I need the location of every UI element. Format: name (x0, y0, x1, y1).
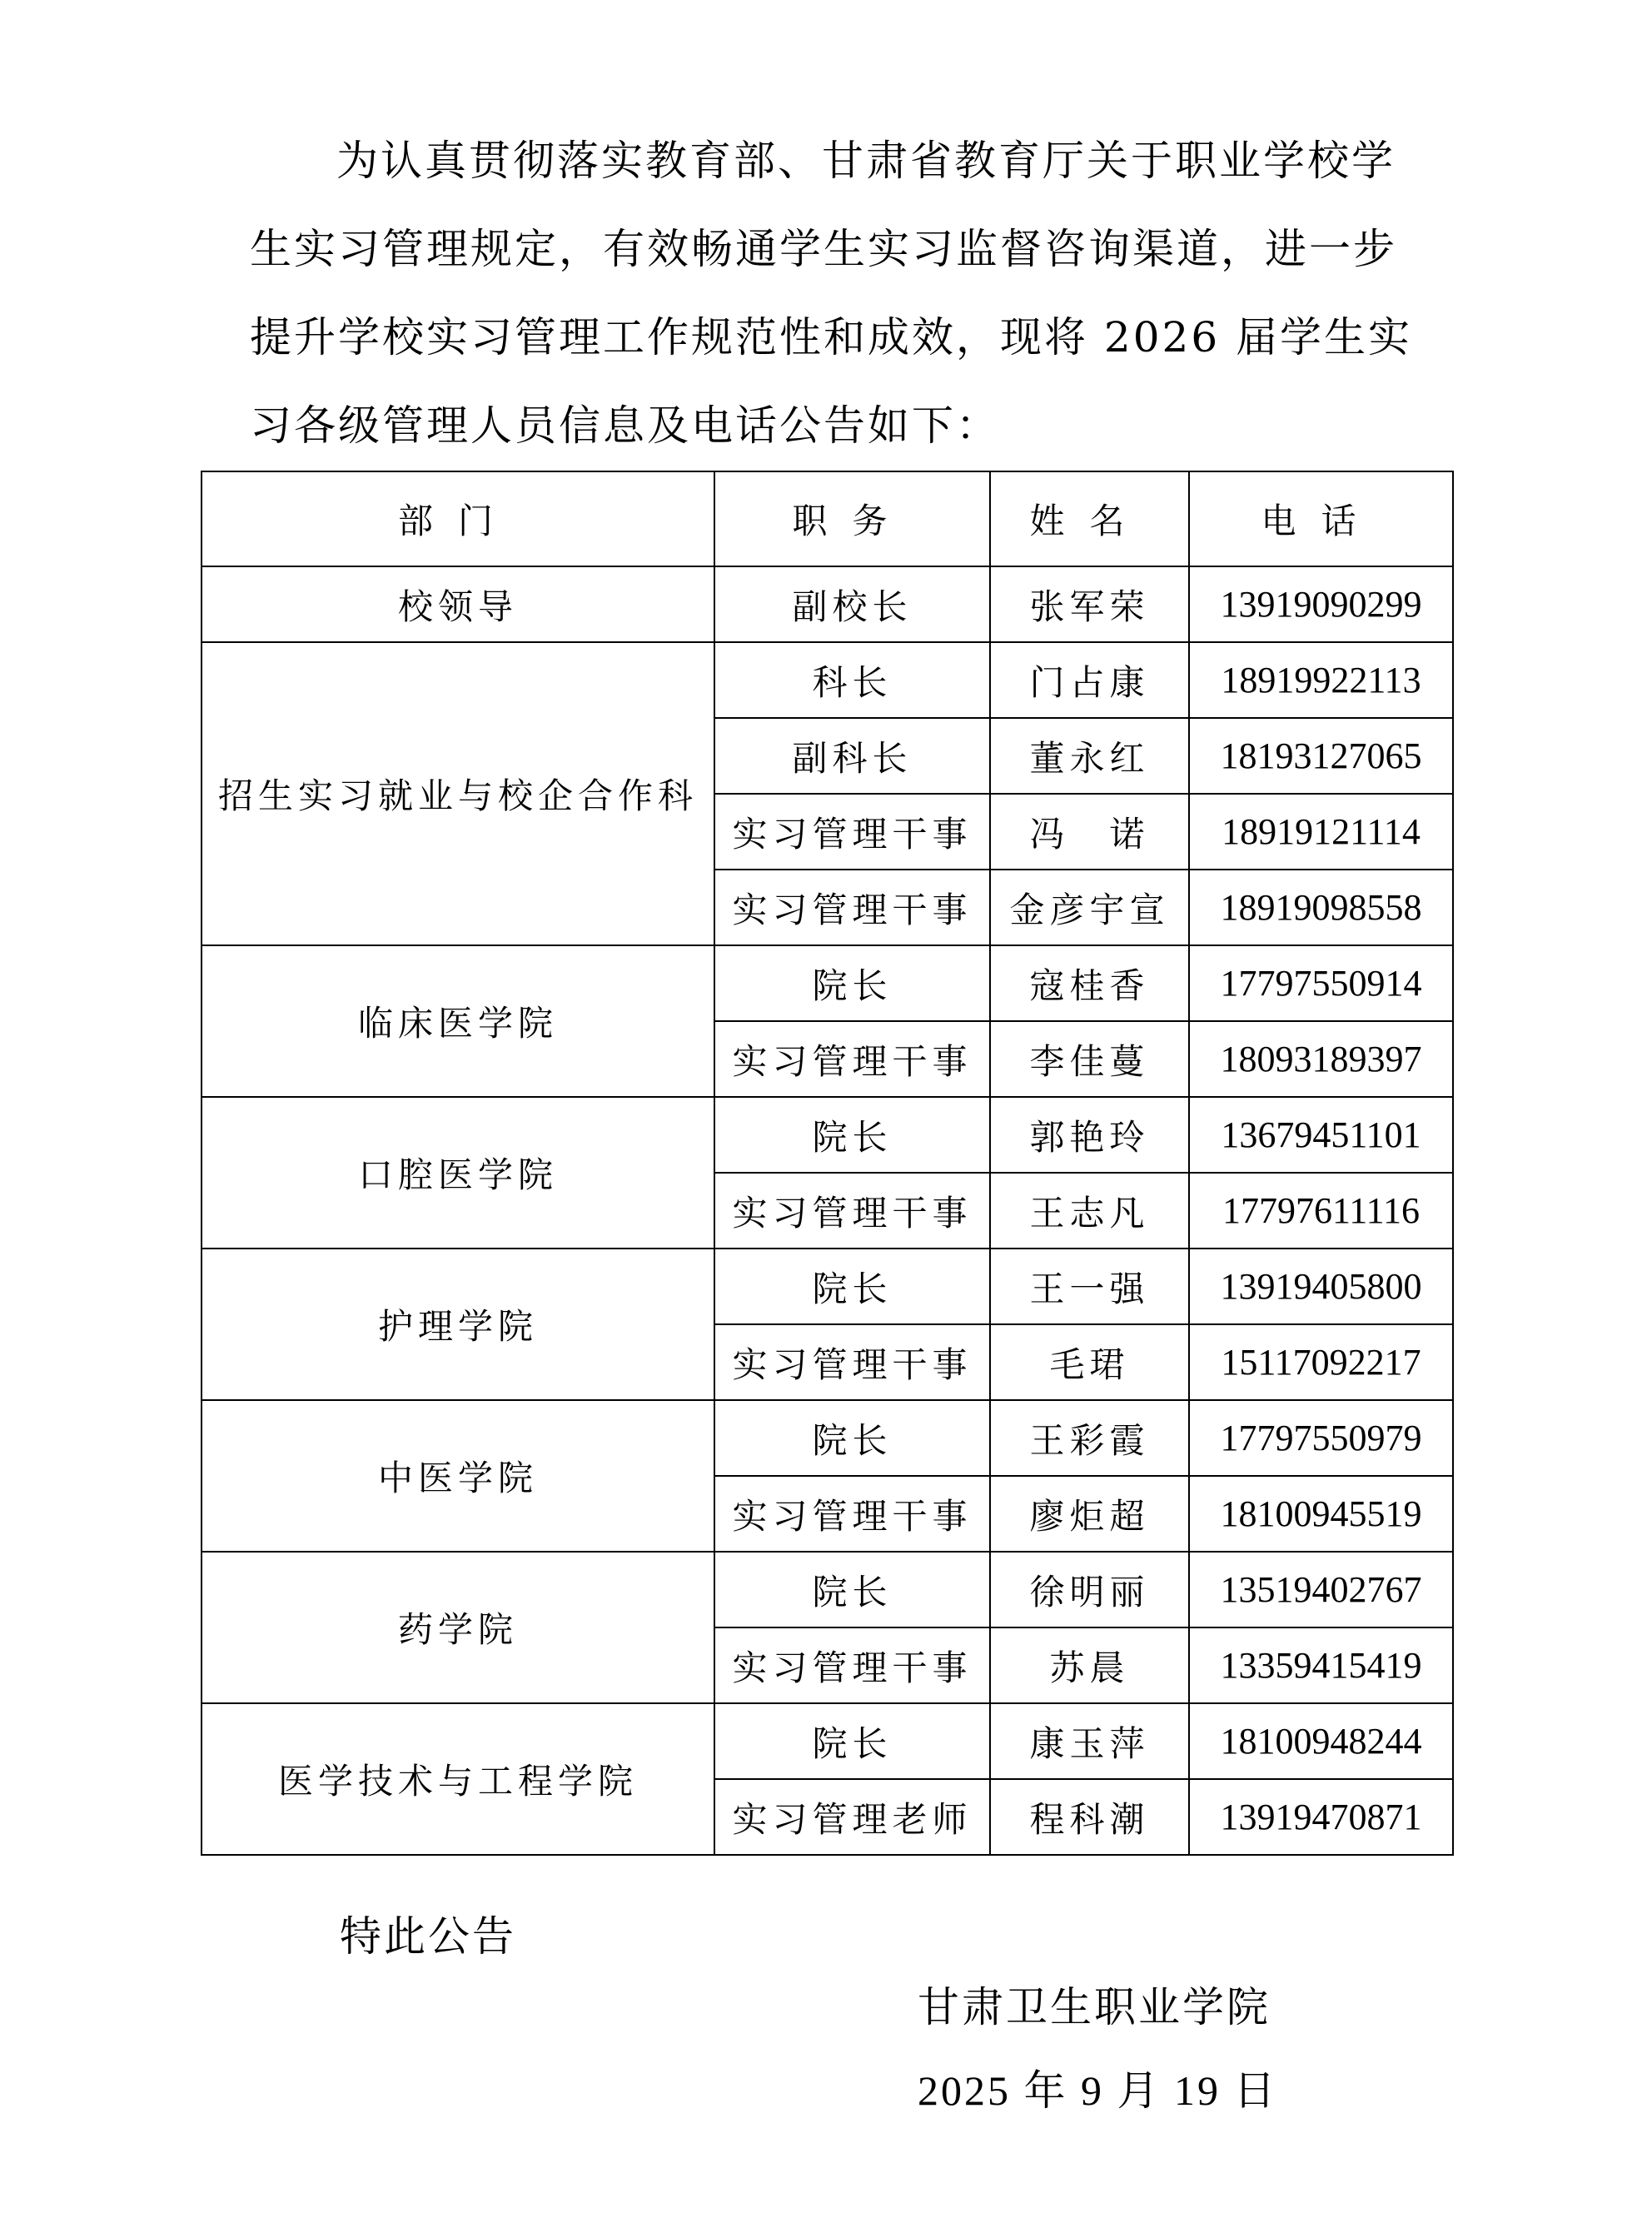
closing-remark: 特此公告 (340, 1903, 516, 1963)
name-cell: 王彩霞 (990, 1400, 1189, 1476)
phone-cell: 17797611116 (1189, 1173, 1453, 1249)
dept-cell: 临床医学院 (202, 945, 714, 1097)
header-name: 姓名 (990, 471, 1189, 566)
phone-cell: 18093189397 (1189, 1021, 1453, 1097)
role-cell: 院长 (714, 1552, 990, 1627)
header-role: 职务 (714, 471, 990, 566)
name-cell: 徐明丽 (990, 1552, 1189, 1627)
signature-date: 2025 年 9 月 19 日 (918, 2057, 1278, 2117)
name-cell: 门占康 (990, 642, 1189, 718)
name-cell: 寇桂香 (990, 945, 1189, 1021)
role-cell: 副科长 (714, 718, 990, 794)
name-cell: 毛珺 (990, 1324, 1189, 1400)
phone-cell: 13679451101 (1189, 1097, 1453, 1173)
name-cell: 金彦宇宣 (990, 870, 1189, 945)
role-cell: 实习管理干事 (714, 1173, 990, 1249)
role-cell: 实习管理干事 (714, 1324, 990, 1400)
dept-cell: 药学院 (202, 1552, 714, 1703)
table-row: 中医学院 院长 王彩霞 17797550979 (202, 1400, 1453, 1476)
table-header-row: 部门 职务 姓名 电话 (202, 471, 1453, 566)
name-cell: 康玉萍 (990, 1703, 1189, 1779)
name-cell: 王一强 (990, 1249, 1189, 1324)
dept-cell: 招生实习就业与校企合作科 (202, 642, 714, 945)
table-row: 医学技术与工程学院 院长 康玉萍 18100948244 (202, 1703, 1453, 1779)
role-cell: 实习管理干事 (714, 1021, 990, 1097)
phone-cell: 15117092217 (1189, 1324, 1453, 1400)
role-cell: 实习管理干事 (714, 1476, 990, 1552)
name-cell: 李佳蔓 (990, 1021, 1189, 1097)
header-dept: 部门 (202, 471, 714, 566)
role-cell: 院长 (714, 1249, 990, 1324)
name-cell: 程科潮 (990, 1779, 1189, 1855)
name-cell: 董永红 (990, 718, 1189, 794)
phone-cell: 17797550979 (1189, 1400, 1453, 1476)
role-cell: 院长 (714, 1703, 990, 1779)
phone-cell: 18919121114 (1189, 794, 1453, 870)
name-cell: 苏晨 (990, 1627, 1189, 1703)
header-phone: 电话 (1189, 471, 1453, 566)
phone-cell: 13359415419 (1189, 1627, 1453, 1703)
phone-cell: 18100945519 (1189, 1476, 1453, 1552)
table-row: 校领导 副校长 张军荣 13919090299 (202, 566, 1453, 642)
phone-cell: 18919922113 (1189, 642, 1453, 718)
table-row: 口腔医学院 院长 郭艳玲 13679451101 (202, 1097, 1453, 1173)
phone-cell: 18100948244 (1189, 1703, 1453, 1779)
table-row: 招生实习就业与校企合作科 科长 门占康 18919922113 (202, 642, 1453, 718)
role-cell: 科长 (714, 642, 990, 718)
signature-organization: 甘肃卫生职业学院 (918, 1974, 1271, 2034)
dept-cell: 中医学院 (202, 1400, 714, 1552)
phone-cell: 13519402767 (1189, 1552, 1453, 1627)
phone-cell: 13919405800 (1189, 1249, 1453, 1324)
dept-cell: 校领导 (202, 566, 714, 642)
role-cell: 实习管理老师 (714, 1779, 990, 1855)
table-row: 药学院 院长 徐明丽 13519402767 (202, 1552, 1453, 1627)
dept-cell: 口腔医学院 (202, 1097, 714, 1249)
phone-cell: 17797550914 (1189, 945, 1453, 1021)
role-cell: 实习管理干事 (714, 794, 990, 870)
role-cell: 院长 (714, 945, 990, 1021)
phone-cell: 13919470871 (1189, 1779, 1453, 1855)
intro-text: 为认真贯彻落实教育部、甘肃省教育厅关于职业学校学生实习管理规定，有效畅通学生实习… (250, 137, 1412, 450)
intro-paragraph: 为认真贯彻落实教育部、甘肃省教育厅关于职业学校学生实习管理规定，有效畅通学生实习… (250, 117, 1416, 470)
name-cell: 冯 诺 (990, 794, 1189, 870)
role-cell: 实习管理干事 (714, 1627, 990, 1703)
name-cell: 郭艳玲 (990, 1097, 1189, 1173)
table-row: 护理学院 院长 王一强 13919405800 (202, 1249, 1453, 1324)
staff-contact-table: 部门 职务 姓名 电话 校领导 副校长 张军荣 13919090299 招生实习… (201, 471, 1454, 1856)
name-cell: 张军荣 (990, 566, 1189, 642)
phone-cell: 18919098558 (1189, 870, 1453, 945)
role-cell: 院长 (714, 1097, 990, 1173)
dept-cell: 护理学院 (202, 1249, 714, 1400)
role-cell: 实习管理干事 (714, 870, 990, 945)
name-cell: 王志凡 (990, 1173, 1189, 1249)
name-cell: 廖炬超 (990, 1476, 1189, 1552)
role-cell: 副校长 (714, 566, 990, 642)
phone-cell: 13919090299 (1189, 566, 1453, 642)
table-row: 临床医学院 院长 寇桂香 17797550914 (202, 945, 1453, 1021)
phone-cell: 18193127065 (1189, 718, 1453, 794)
role-cell: 院长 (714, 1400, 990, 1476)
dept-cell: 医学技术与工程学院 (202, 1703, 714, 1855)
